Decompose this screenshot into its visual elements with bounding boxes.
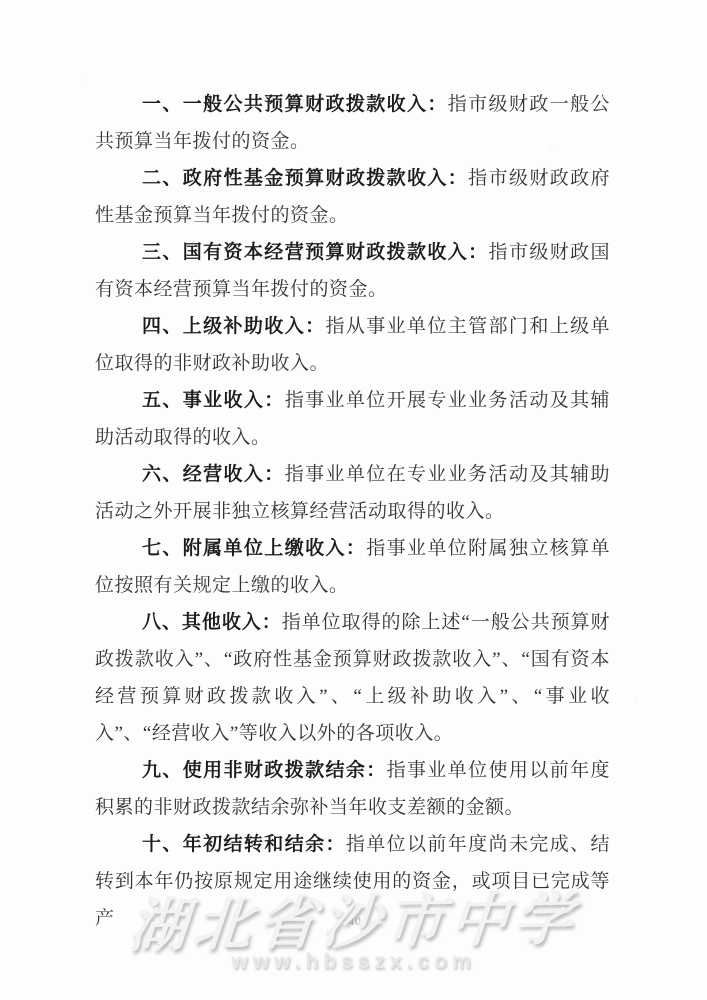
paragraph: 六、经营收入：指事业单位在专业业务活动及其辅助活动之外开展非独立核算经营活动取得…	[95, 456, 610, 530]
paragraph-heading: 八、其他收入：	[142, 612, 282, 633]
paragraph-heading: 四、上级补助收入：	[142, 316, 325, 337]
paragraph: 八、其他收入：指单位取得的除上述“一般公共预算财政拨款收入”、“政府性基金预算财…	[95, 604, 610, 752]
paragraph-heading: 九、使用非财政拨款结余：	[142, 760, 387, 781]
paragraph-heading: 七、附属单位上缴收入：	[142, 538, 366, 559]
paragraph-heading: 二、政府性基金预算财政拨款收入：	[142, 168, 468, 189]
paragraph: 三、国有资本经营预算财政拨款收入：指市级财政国有资本经营预算当年拨付的资金。	[95, 234, 610, 308]
page-number: 40	[340, 914, 370, 929]
watermark-website: www.hbsszx.com	[0, 950, 707, 974]
paragraph-heading: 三、国有资本经营预算财政拨款收入：	[142, 242, 489, 263]
paragraph: 二、政府性基金预算财政拨款收入：指市级财政政府性基金预算当年拨付的资金。	[95, 160, 610, 234]
document-body: 一、一般公共预算财政拨款收入：指市级财政一般公共预算当年拨付的资金。 二、政府性…	[95, 86, 610, 937]
paragraph: 四、上级补助收入：指从事业单位主管部门和上级单位取得的非财政补助收入。	[95, 308, 610, 382]
paragraph: 一、一般公共预算财政拨款收入：指市级财政一般公共预算当年拨付的资金。	[95, 86, 610, 160]
paragraph: 五、事业收入：指事业单位开展专业业务活动及其辅助活动取得的收入。	[95, 382, 610, 456]
paragraph: 七、附属单位上缴收入：指事业单位附属独立核算单位按照有关规定上缴的收入。	[95, 530, 610, 604]
paragraph-heading: 十、年初结转和结余：	[142, 834, 346, 855]
paragraph: 九、使用非财政拨款结余：指事业单位使用以前年度积累的非财政拨款结余弥补当年收支差…	[95, 752, 610, 826]
paragraph-heading: 六、经营收入：	[142, 464, 285, 485]
paragraph-heading: 五、事业收入：	[142, 390, 285, 411]
paragraph-heading: 一、一般公共预算财政拨款收入：	[142, 94, 448, 115]
document-page: 一、一般公共预算财政拨款收入：指市级财政一般公共预算当年拨付的资金。 二、政府性…	[0, 0, 707, 1000]
